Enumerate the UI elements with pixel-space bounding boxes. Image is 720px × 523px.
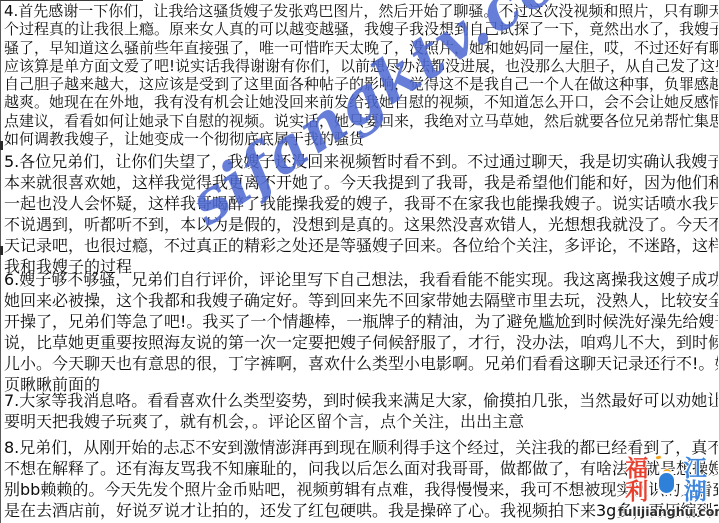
- text-line: 她回来必被操，这个我都和我嫂子确定好。等到回来先不回家带她去隔壁市里去玩，没熟人…: [4, 291, 718, 312]
- logo-domain-text: fulijianghu.com: [618, 505, 714, 519]
- paragraph-6: 6.嫂子够不够骚，兄弟们自行评价，评论里写下自己想法，我看看能不能实现。我这离操…: [4, 270, 718, 395]
- text-line: 骚了，早知道这么骚前些年直接强了，唯一可惜昨天太晚了，没照片，她和她妈同一屋住，…: [4, 39, 718, 57]
- text-line: 儿小。今天聊天也有意思的很，丁字裤啊，喜欢什么类型小电影啊。兄弟们看看这聊天记录…: [4, 354, 718, 375]
- left-edge-artifact: [0, 141, 3, 150]
- text-line: 5.各位兄弟们，让你们失望了，我嫂子还没回来视频暂时看不到。不过通过聊天，我是切…: [4, 152, 718, 173]
- text-line: 自己胆子越来越大，这应该是受到了这里面各种帖子的影响，觉得这不是我自己一个人在做…: [4, 75, 718, 93]
- paragraph-4: 4.首先感谢一下你们，让我给这骚货嫂子发张鸡巴图片，然后开始了聊骚。不过这次没视…: [4, 2, 718, 148]
- logo-text-fuli: 福利: [618, 458, 656, 504]
- mouse-icon: [659, 469, 674, 493]
- text-line: 越爽。她现在在外地，我有没有机会让她没回来前发给我她自慰的视频，不知道怎么开口，…: [4, 93, 718, 111]
- text-line: 本来就很喜欢她，这样我觉得我更离不开她了。今天我提到了我哥，我是希望他们能和好，…: [4, 173, 718, 194]
- text-line: 如何调教我嫂子，让她变成一个彻彻底底属于我的骚货: [4, 130, 718, 148]
- text-line: 不想在解释了。还有海友骂我不知廉耻的，问我以后怎么面对我哥哥，做都做了，有啥法，…: [4, 459, 718, 480]
- paragraph-5: 5.各位兄弟们，让你们失望了，我嫂子还没回来视频暂时看不到。不过通过聊天，我是切…: [4, 152, 718, 277]
- mouse-body: [659, 473, 674, 493]
- text-line: 4.首先感谢一下你们，让我给这骚货嫂子发张鸡巴图片，然后开始了聊骚。不过这次没视…: [4, 2, 718, 20]
- text-line: 6.嫂子够不够骚，兄弟们自行评价，评论里写下自己想法，我看看能不能实现。我这离操…: [4, 270, 718, 291]
- text-line: 要明天把我嫂子玩爽了，就有机会，。评论区留个言，点个关注，出出主意: [4, 412, 718, 433]
- text-line: 天记录吧，也很过瘾，不过真正的精彩之处还是等骚嫂子回来。各位给个关注，多评论，不…: [4, 236, 718, 257]
- text-line: 别bb赖赖的。今天先发个照片金币贴吧，视频剪辑有点难，我得慢慢来，我可不想被现实…: [4, 480, 718, 501]
- page-top-border: [0, 0, 143, 1]
- text-line: 不说遇到，听都听不到，本以为是假的，没想到是真的。这果然没喜欢错人，光想想我就没…: [4, 215, 718, 236]
- text-line: 一起也没人会怀疑，这样我哥喝醉了我能操我爱的嫂子，我哥不在家我也能操我嫂子。说实…: [4, 194, 718, 215]
- logo-text-jianghu: 江湖: [677, 458, 715, 504]
- site-logo: 福利 江湖 fulijianghu.com: [618, 458, 714, 519]
- text-line: 点建议，看看如何让她录下自慰的视频。说实话，她只要回来，我绝对立马草她，然后就要…: [4, 112, 718, 130]
- page-left-border: [0, 0, 1, 523]
- left-edge-artifact: [0, 246, 3, 255]
- text-line: 是在去酒店前，好说歹说才让拍的，还发了红包硬哄。我是操碎了心。我视频拍下来3g多…: [4, 501, 718, 522]
- text-line: 7.大家等我消息咯。看看喜欢什么类型姿势，到时候我来满足大家，偷摸拍几张，当然最…: [4, 391, 718, 412]
- text-line: 应该算是单方面文爱了吧!说实话我得谢谢有你们，以前想尽办法都没进展，也没那么大胆…: [4, 57, 718, 75]
- paragraph-8: 8.兄弟们，从刚开始的忐忑不安到激情澎湃再到现在顺利得手这个经过，关注我的都已经…: [4, 438, 718, 522]
- text-line: 8.兄弟们，从刚开始的忐忑不安到激情澎湃再到现在顺利得手这个经过，关注我的都已经…: [4, 438, 718, 459]
- text-line: 开操了，兄弟们等急了吧!。我买了一个情趣棒，一瓶牌子的精油，为了避免尴尬到时候洗…: [4, 312, 718, 333]
- text-line: 个过程真的让我很上瘾。原来女人真的可以越变越骚，我嫂子我没想到自己试探了一下，竟…: [4, 20, 718, 38]
- paragraph-7: 7.大家等我消息咯。看看喜欢什么类型姿势，到时候我来满足大家，偷摸拍几张，当然最…: [4, 391, 718, 433]
- text-line: 说，比草她更重要按照海友说的第一次一定要把嫂子伺候舒服了，才行，没办法，咱鸡儿不…: [4, 333, 718, 354]
